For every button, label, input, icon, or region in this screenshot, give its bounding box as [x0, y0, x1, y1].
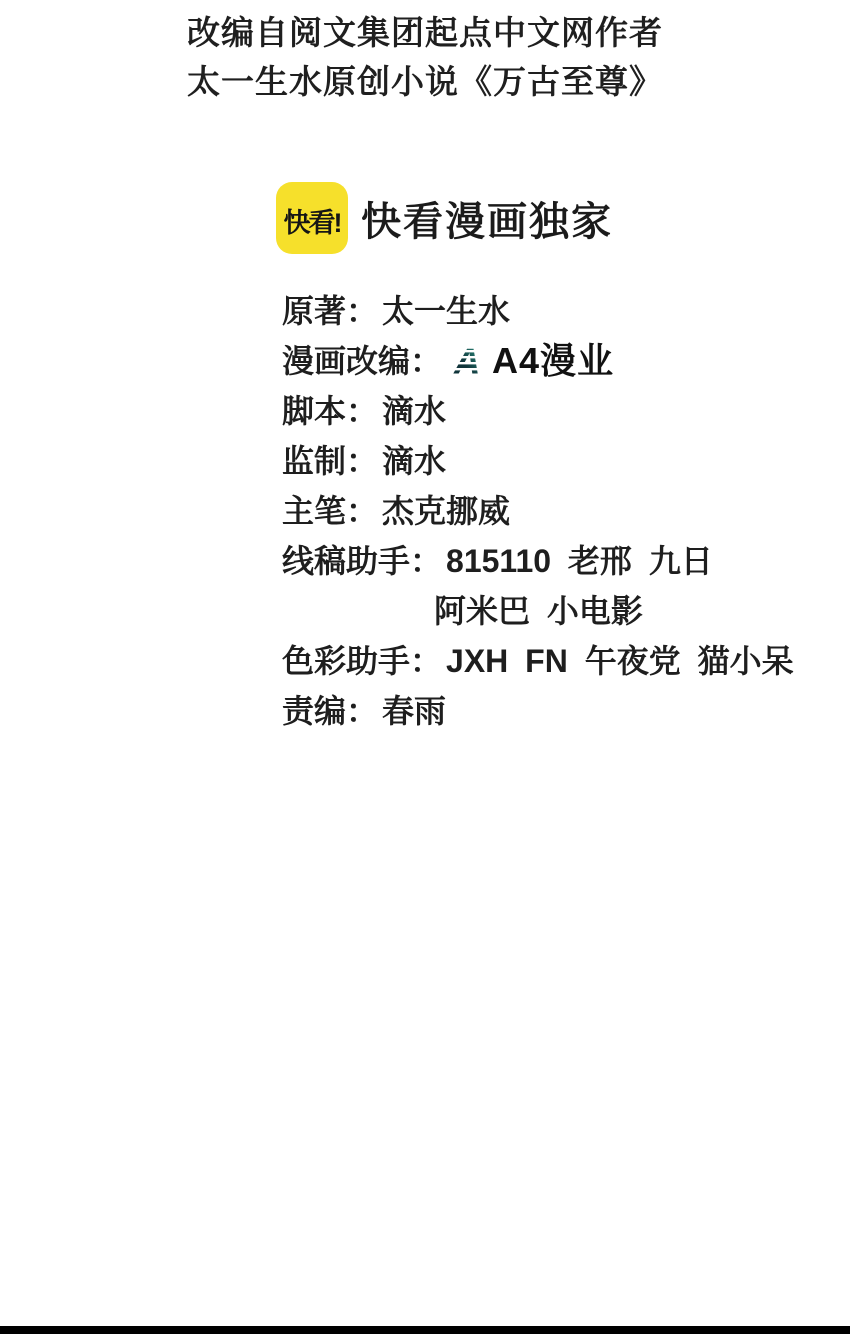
credit-row-lead-artist: 主笔： 杰克挪威: [282, 486, 794, 536]
credit-row-lineart-assistants-continued: 阿米巴 小电影: [282, 586, 794, 636]
adaptation-attribution: 改编自阅文集团起点中文网作者 太一生水原创小说《万古至尊》: [0, 8, 850, 106]
credit-row-original-author: 原著： 太一生水: [282, 286, 794, 336]
credit-value: 太一生水: [382, 286, 510, 336]
attribution-line-1: 改编自阅文集团起点中文网作者: [0, 8, 850, 57]
kuaikan-logo-icon: 快看!: [276, 182, 348, 254]
credit-label: 主笔：: [282, 486, 378, 536]
credit-value: 815110 老邢 九日: [446, 536, 713, 586]
brand-row: 快看! 快看漫画独家: [276, 182, 613, 254]
credits-list: 原著： 太一生水 漫画改编： A: [282, 286, 794, 736]
credit-value: 滴水: [382, 386, 446, 436]
comic-credits-page: 改编自阅文集团起点中文网作者 太一生水原创小说《万古至尊》 快看! 快看漫画独家…: [0, 0, 850, 1334]
exclusive-title: 快看漫画独家: [361, 190, 613, 247]
credit-value: 杰克挪威: [382, 486, 510, 536]
bottom-letterbox-bar: [0, 1326, 850, 1334]
credit-row-color-assistants: 色彩助手： JXH FN 午夜党 猫小呆: [282, 636, 794, 686]
kuaikan-badge-text: 快看!: [284, 201, 341, 240]
credit-value: 春雨: [382, 686, 446, 736]
a4-wordmark: A4漫业: [492, 336, 614, 386]
credit-label: 原著：: [282, 286, 378, 336]
credit-label: 监制：: [282, 436, 378, 486]
credit-value: 滴水: [382, 436, 446, 486]
credit-label: 线稿助手：: [282, 536, 442, 586]
credit-row-editor: 责编： 春雨: [282, 686, 794, 736]
credit-value: JXH FN 午夜党 猫小呆: [446, 636, 794, 686]
a4-striped-a-icon: A: [446, 342, 484, 380]
attribution-line-2: 太一生水原创小说《万古至尊》: [0, 57, 850, 106]
credit-label: 脚本：: [282, 386, 378, 436]
credit-row-comic-adaptation: 漫画改编： A A4漫业: [282, 336, 794, 386]
credit-label: 漫画改编：: [282, 336, 442, 386]
credit-row-supervisor: 监制： 滴水: [282, 436, 794, 486]
credit-label: 责编：: [282, 686, 378, 736]
credit-row-lineart-assistants: 线稿助手： 815110 老邢 九日: [282, 536, 794, 586]
credit-value: 阿米巴 小电影: [434, 586, 643, 636]
credit-row-script: 脚本： 滴水: [282, 386, 794, 436]
credit-label: 色彩助手：: [282, 636, 442, 686]
